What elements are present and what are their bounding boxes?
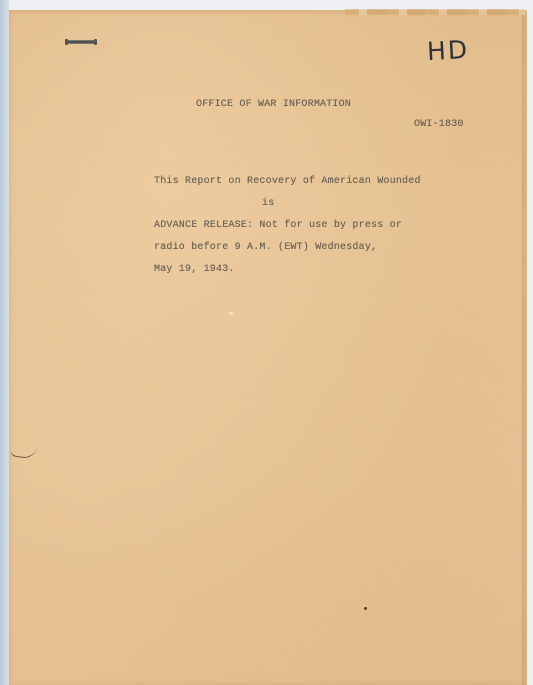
report-title-line: This Report on Recovery of American Woun… bbox=[154, 176, 421, 187]
advance-release-line: ADVANCE RELEASE: Not for use by press or bbox=[154, 220, 402, 231]
paper-light-speck bbox=[229, 312, 233, 315]
page-right-edge-shadow bbox=[522, 15, 527, 685]
handwritten-mark: HD bbox=[426, 35, 470, 66]
scanner-edge-strip bbox=[0, 0, 9, 685]
document-page bbox=[9, 10, 527, 685]
report-is-line: is bbox=[262, 198, 274, 209]
torn-top-edge bbox=[345, 9, 525, 15]
staple-icon bbox=[66, 40, 96, 44]
release-number: OWI-1830 bbox=[414, 119, 464, 130]
agency-header: OFFICE OF WAR INFORMATION bbox=[196, 99, 351, 110]
release-date-line: May 19, 1943. bbox=[154, 264, 235, 275]
paper-speck bbox=[364, 607, 367, 610]
release-time-line: radio before 9 A.M. (EWT) Wednesday, bbox=[154, 242, 377, 253]
